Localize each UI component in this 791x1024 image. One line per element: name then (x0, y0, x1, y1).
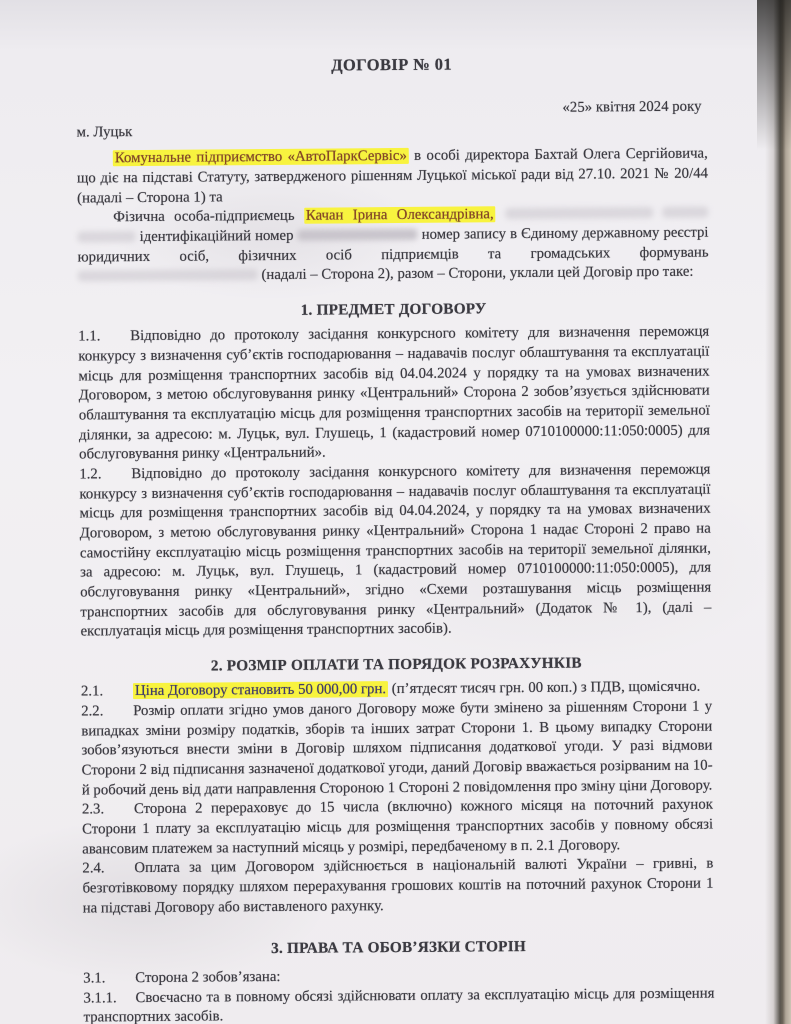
clause-number: 2.2. (81, 702, 133, 722)
clause-2-4: 2.4.Оплата за цим Договором здійснюється… (82, 855, 713, 919)
party-2-paragraph: Фізична особа-підприємець Качан Ірина Ол… (77, 204, 709, 288)
clause-2-2: 2.2.Розмір оплати згідно умов даного Дог… (81, 698, 713, 801)
redacted-text (77, 231, 135, 242)
clause-1-2: 1.2.Відповідно до протоколу засідання ко… (79, 461, 711, 643)
scan-edge-shadow (765, 0, 791, 1024)
clause-1-1: 1.1.Відповідно до протоколу засідання ко… (78, 323, 710, 466)
clause-text: Сторона 2 перераховує до 15 числа (включ… (82, 797, 713, 857)
clause-2-3: 2.3.Сторона 2 перераховує до 15 числа (в… (82, 796, 713, 860)
party-2-id-label: ідентифікаційний номер (139, 228, 293, 245)
clause-text: Сторона 2 зобов’язана: (135, 969, 280, 986)
clause-text: Своєчасно та в повному обсязі здійснюват… (84, 985, 715, 1024)
contract-document: ДОГОВІР № 01 «25» квітня 2024 року м. Лу… (0, 0, 791, 1024)
clause-3-1-1: 3.1.1.Своєчасно та в повному обсязі здій… (83, 984, 714, 1024)
redacted-text (505, 207, 653, 219)
clause-number: 2.1. (81, 682, 133, 702)
clause-text: (п’ятдесят тисяч грн. 00 коп.) з ПДВ, що… (392, 679, 701, 697)
redacted-text (298, 229, 418, 241)
clause-text: Відповідно до протоколу засідання конкур… (79, 462, 711, 640)
clause-text: Оплата за цим Договором здійснюється в н… (82, 856, 713, 916)
redacted-text (78, 269, 258, 281)
section-3-heading: 3. ПРАВА ТА ОБОВ’ЯЗКИ СТОРІН (83, 936, 714, 961)
section-2-heading: 2. РОЗМІР ОПЛАТИ ТА ПОРЯДОК РОЗРАХУНКІВ (81, 653, 712, 678)
clause-number: 3.1.1. (83, 989, 135, 1009)
clause-number: 1.1. (78, 327, 130, 347)
clause-number: 3.1. (83, 969, 135, 989)
redacted-text (662, 207, 708, 218)
party-1-paragraph: Комунальне підприємство «АвтоПаркСервіс»… (77, 145, 708, 209)
clause-text: Розмір оплати згідно умов даного Договор… (81, 699, 712, 799)
section-1-heading: 1. ПРЕДМЕТ ДОГОВОРУ (78, 298, 709, 323)
party-2-lead: Фізична особа-підприємець (113, 208, 294, 225)
party-2-tail-text: (надалі – Сторона 2), разом – Сторони, у… (261, 264, 693, 283)
clause-number: 1.2. (79, 465, 131, 485)
clause-number: 2.4. (82, 860, 134, 880)
party-2-name-highlight: Качан Ірина Олександрівна, (304, 207, 496, 225)
contract-city: м. Луцьк (77, 118, 708, 143)
contract-price-highlight: Ціна Договору становить 50 000,00 грн. (133, 681, 388, 699)
clause-text: Відповідно до протоколу засідання конкур… (78, 324, 710, 463)
party-1-name-highlight: Комунальне підприємство «АвтоПаркСервіс» (113, 148, 409, 166)
scan-edge-corner-shadow (757, 0, 791, 150)
clause-number: 2.3. (82, 801, 134, 821)
page-title: ДОГОВІР № 01 (76, 52, 707, 79)
